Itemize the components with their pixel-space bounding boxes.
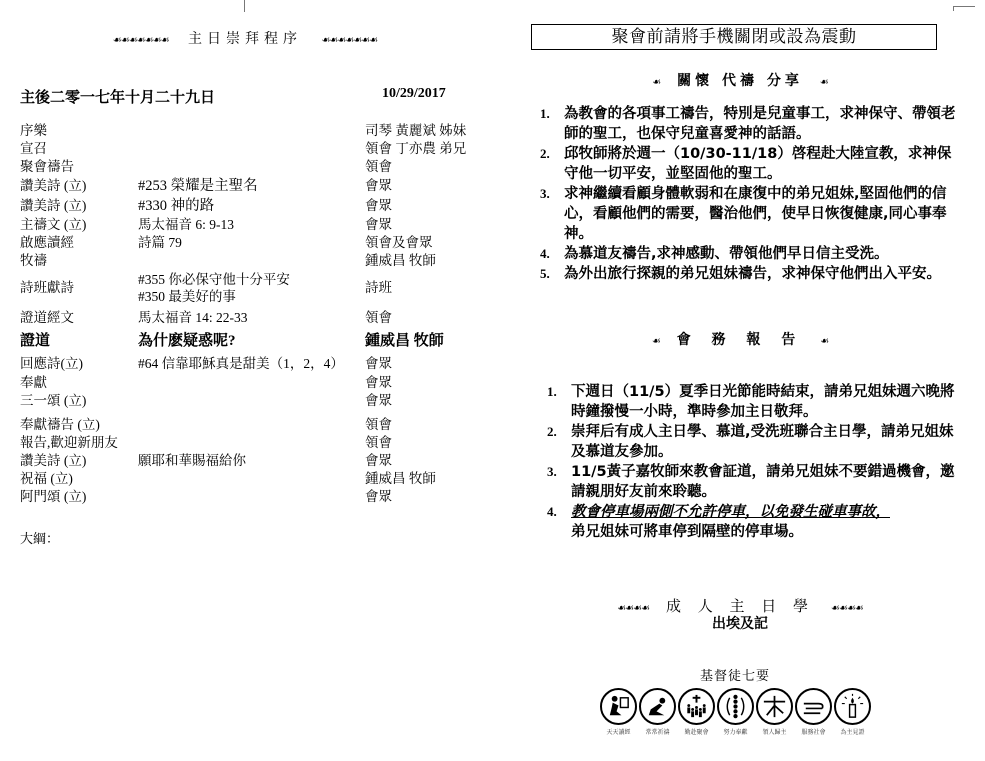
program-by: 領會: [365, 416, 392, 434]
program-by: 領會 丁亦農 弟兄: [365, 140, 466, 158]
program-by: 鍾威昌 牧師: [365, 470, 436, 488]
item-text: 求神繼續看顧身體軟弱和在康復中的弟兄姐妹,堅固他們的信心，看顧他們的需要，醫治他…: [564, 186, 947, 242]
program-item: 讚美詩 (立): [20, 176, 86, 196]
church-gathering-icon: [678, 688, 715, 725]
item-text: 邱牧師將於週一（10/30-11/18）啓程赴大陸宣教，求神保守他一切平安，並堅…: [564, 146, 951, 182]
program-title-text: 主日崇拜程序: [188, 31, 302, 47]
prayer-list: 1. 為教會的各項事工禱告，特別是兒童事工，求神保守、帶領老師的聖工，也保守兒童…: [540, 104, 965, 284]
service-hands-icon: [795, 688, 832, 725]
prayer-section-title-text: 關懷 代禱 分享: [677, 73, 803, 89]
item-number: 1.: [547, 382, 557, 402]
offering-icon: [717, 688, 754, 725]
program-item: 序樂: [20, 122, 47, 140]
worship-program-page: ☙☙☙☙☙☙☙ 主日崇拜程序 ☙☙☙☙☙☙☙ 主後二零一七年十月二十九日 10/…: [0, 0, 490, 761]
program-row: 主禱文 (立) 馬太福音 6: 9-13 會眾: [20, 216, 480, 234]
prayer-item: 2. 邱牧師將於週一（10/30-11/18）啓程赴大陸宣教，求神保守他一切平安…: [540, 144, 965, 184]
program-item: 啟應讀經: [20, 234, 74, 252]
announcements-page: 聚會前請將手機關閉或設為震動 ☙ 關懷 代禱 分享 ☙ 1. 為教會的各項事工禱…: [495, 0, 985, 761]
program-row: 證道經文 馬太福音 14: 22-33 領會: [20, 308, 480, 328]
vine-ornament-icon: ☙☙☙☙☙☙☙: [113, 35, 169, 46]
essential-label: 勤赴聚會: [678, 727, 715, 736]
program-by: 詩班: [365, 279, 392, 297]
program-detail: #355 你必保守他十分平安 #350 最美好的事: [138, 271, 290, 305]
vine-ornament-icon: ☙: [820, 336, 828, 347]
item-number: 4.: [540, 244, 550, 264]
program-item: 主禱文 (立): [20, 216, 86, 234]
candle-witness-icon: [834, 688, 871, 725]
program-by: 會眾: [365, 392, 392, 410]
program-row: 報告,歡迎新朋友 領會: [20, 434, 480, 452]
program-by: 會眾: [365, 374, 392, 392]
program-by: 會眾: [365, 488, 392, 506]
program-item: 三一頌 (立): [20, 392, 86, 410]
program-by: 會眾: [365, 452, 392, 470]
program-item: 詩班獻詩: [20, 279, 74, 297]
program-row: 阿門頌 (立) 會眾: [20, 488, 480, 506]
program-detail: 詩篇 79: [138, 234, 182, 252]
vine-ornament-icon: ☙☙☙☙☙☙☙: [321, 35, 377, 46]
program-by: 會眾: [365, 354, 392, 374]
program-row: 奉獻 會眾: [20, 374, 480, 392]
item-text: 為教會的各項事工禱告，特別是兒童事工，求神保守、帶領老師的聖工，也保守兒童喜愛神…: [564, 106, 956, 142]
evangelism-icon: [756, 688, 793, 725]
seven-essentials-labels: 天天讀經 常常祈禱 勤赴聚會 努力奉獻 領人歸主 服務社會 為主見證: [600, 727, 880, 736]
item-text: 為外出旅行探親的弟兄姐妹禱告，求神保守他們出入平安。: [564, 266, 941, 282]
item-number: 4.: [547, 502, 557, 522]
announcement-item: 3. 11/5黃子嘉牧師來教會証道，請弟兄姐妹不要錯過機會，邀請親朋好友前來聆聽…: [547, 462, 967, 502]
sermon-title: 為什麽疑惑呢?: [138, 328, 236, 354]
program-item: 宣召: [20, 140, 47, 158]
program-item: 回應詩(立): [20, 354, 83, 374]
program-item: 讚美詩 (立): [20, 196, 86, 216]
item-number: 1.: [540, 104, 550, 124]
item-number: 5.: [540, 264, 550, 284]
sunday-school-book: 出埃及記: [712, 616, 768, 632]
program-list: 序樂 司琴 黃麗斌 姊妹 宣召 領會 丁亦農 弟兄 聚會禱告 領會 讚美詩 (立…: [20, 122, 480, 506]
item-number: 3.: [540, 184, 550, 204]
program-row: 牧禱 鍾威昌 牧師: [20, 252, 480, 270]
program-row-sermon: 證道 為什麽疑惑呢? 鍾威昌 牧師: [20, 328, 480, 354]
program-row: 祝福 (立) 鍾威昌 牧師: [20, 470, 480, 488]
program-item: 奉獻: [20, 374, 47, 392]
program-by: 會眾: [365, 216, 392, 234]
sunday-school-subtitle: 出埃及記: [495, 613, 985, 633]
program-by: 領會: [365, 308, 392, 328]
program-row: 讚美詩 (立) #330 神的路 會眾: [20, 196, 480, 216]
program-item: 聚會禱告: [20, 158, 74, 176]
item-text: 為慕道友禱告,求神感動、帶領他們早日信主受洗。: [564, 246, 889, 262]
program-item: 證道經文: [20, 308, 74, 328]
program-by: 領會: [365, 434, 392, 452]
prayer-item: 3. 求神繼續看顧身體軟弱和在康復中的弟兄姐妹,堅固他們的信心，看顧他們的需要，…: [540, 184, 965, 244]
program-item: 奉獻禱告 (立): [20, 416, 100, 434]
announcement-item: 2. 崇拜后有成人主日學、慕道,受洗班聯合主日學，請弟兄姐妹及慕道友參加。: [547, 422, 967, 462]
program-row: 詩班獻詩 #355 你必保守他十分平安 #350 最美好的事 詩班: [20, 270, 480, 308]
seven-essentials-icons: [600, 688, 880, 725]
bible-reading-icon: [600, 688, 637, 725]
program-item: 證道: [20, 328, 50, 354]
program-row: 啟應讀經 詩篇 79 領會及會眾: [20, 234, 480, 252]
announcement-item: 4. 教會停車場兩側不允許停車，以免發生碰車事故， 弟兄姐妹可將車停到隔壁的停車…: [547, 502, 967, 542]
program-detail: #253 榮耀是主聖名: [138, 176, 258, 196]
program-by: 司琴 黃麗斌 姊妹: [365, 122, 466, 140]
item-text: 11/5黃子嘉牧師來教會証道，請弟兄姐妹不要錯過機會，邀請親朋好友前來聆聽。: [571, 464, 955, 500]
essential-label: 領人歸主: [756, 727, 793, 736]
program-detail: #64 信靠耶穌真是甜美（1，2，4）: [138, 354, 344, 374]
program-row: 奉獻禱告 (立) 領會: [20, 416, 480, 434]
program-detail: #330 神的路: [138, 196, 214, 216]
program-detail: 願耶和華賜福給你: [138, 452, 246, 470]
item-number: 3.: [547, 462, 557, 482]
program-detail: 馬太福音 6: 9-13: [138, 216, 234, 234]
prayer-icon: [639, 688, 676, 725]
prayer-item: 1. 為教會的各項事工禱告，特別是兒童事工，求神保守、帶領老師的聖工，也保守兒童…: [540, 104, 965, 144]
program-row: 聚會禱告 領會: [20, 158, 480, 176]
parking-warning: 教會停車場兩側不允許停車，以免發生碰車事故，: [571, 504, 890, 520]
item-number: 2.: [540, 144, 550, 164]
prayer-item: 5. 為外出旅行探親的弟兄姐妹禱告，求神保守他們出入平安。: [540, 264, 965, 284]
program-row: 讚美詩 (立) #253 榮耀是主聖名 會眾: [20, 176, 480, 196]
date-chinese: 主後二零一七年十月二十九日: [20, 86, 215, 107]
seven-essentials-graphic: 基督徒七要 天天讀經 常: [600, 665, 880, 736]
sermon-outline-label: 大綱：: [20, 528, 59, 547]
program-row: 讚美詩 (立) 願耶和華賜福給你 會眾: [20, 452, 480, 470]
program-detail: 馬太福音 14: 22-33: [138, 308, 248, 328]
announcement-section-title: ☙ 會 務 報 告 ☙: [495, 329, 985, 349]
program-by: 領會: [365, 158, 392, 176]
program-by: 會眾: [365, 176, 392, 196]
seven-essentials-title: 基督徒七要: [590, 665, 880, 684]
program-row: 三一頌 (立) 會眾: [20, 392, 480, 410]
vine-ornament-icon: ☙: [652, 77, 660, 88]
item-text: 弟兄姐妹可將車停到隔壁的停車場。: [571, 524, 803, 540]
item-text: 崇拜后有成人主日學、慕道,受洗班聯合主日學，請弟兄姐妹及慕道友參加。: [571, 424, 954, 460]
announcement-section-title-text: 會 務 報 告: [677, 332, 804, 348]
announcement-list: 1. 下週日（11/5）夏季日光節能時結束，請弟兄姐妹週六晚將時鐘撥慢一小時，準…: [547, 382, 967, 542]
program-item: 祝福 (立): [20, 470, 73, 488]
date-numeric: 10/29/2017: [382, 86, 446, 102]
essential-label: 常常祈禱: [639, 727, 676, 736]
item-number: 2.: [547, 422, 557, 442]
essential-label: 努力奉獻: [717, 727, 754, 736]
program-by: 領會及會眾: [365, 234, 433, 252]
prayer-section-title: ☙ 關懷 代禱 分享 ☙: [495, 70, 985, 90]
anthem-line: #350 最美好的事: [138, 288, 290, 305]
program-row: 宣召 領會 丁亦農 弟兄: [20, 140, 480, 158]
anthem-line: #355 你必保守他十分平安: [138, 271, 290, 288]
phone-notice-box: 聚會前請將手機關閉或設為震動: [531, 24, 937, 50]
vine-ornament-icon: ☙: [652, 336, 660, 347]
prayer-item: 4. 為慕道友禱告,求神感動、帶領他們早日信主受洗。: [540, 244, 965, 264]
program-title: ☙☙☙☙☙☙☙ 主日崇拜程序 ☙☙☙☙☙☙☙: [0, 28, 490, 48]
vine-ornament-icon: ☙: [820, 77, 828, 88]
essential-label: 為主見證: [834, 727, 871, 736]
program-item: 讚美詩 (立): [20, 452, 86, 470]
program-item: 牧禱: [20, 252, 47, 270]
program-by: 鍾威昌 牧師: [365, 252, 436, 270]
program-by: 鍾威昌 牧師: [365, 328, 444, 354]
program-row: 回應詩(立) #64 信靠耶穌真是甜美（1，2，4） 會眾: [20, 354, 480, 374]
essential-label: 天天讀經: [600, 727, 637, 736]
essential-label: 服務社會: [795, 727, 832, 736]
announcement-item: 1. 下週日（11/5）夏季日光節能時結束，請弟兄姐妹週六晚將時鐘撥慢一小時，準…: [547, 382, 967, 422]
program-item: 報告,歡迎新朋友: [20, 434, 118, 452]
program-row: 序樂 司琴 黃麗斌 姊妹: [20, 122, 480, 140]
item-text: 下週日（11/5）夏季日光節能時結束，請弟兄姐妹週六晚將時鐘撥慢一小時，準時參加…: [571, 384, 955, 420]
program-by: 會眾: [365, 196, 392, 216]
program-item: 阿門頌 (立): [20, 488, 86, 506]
